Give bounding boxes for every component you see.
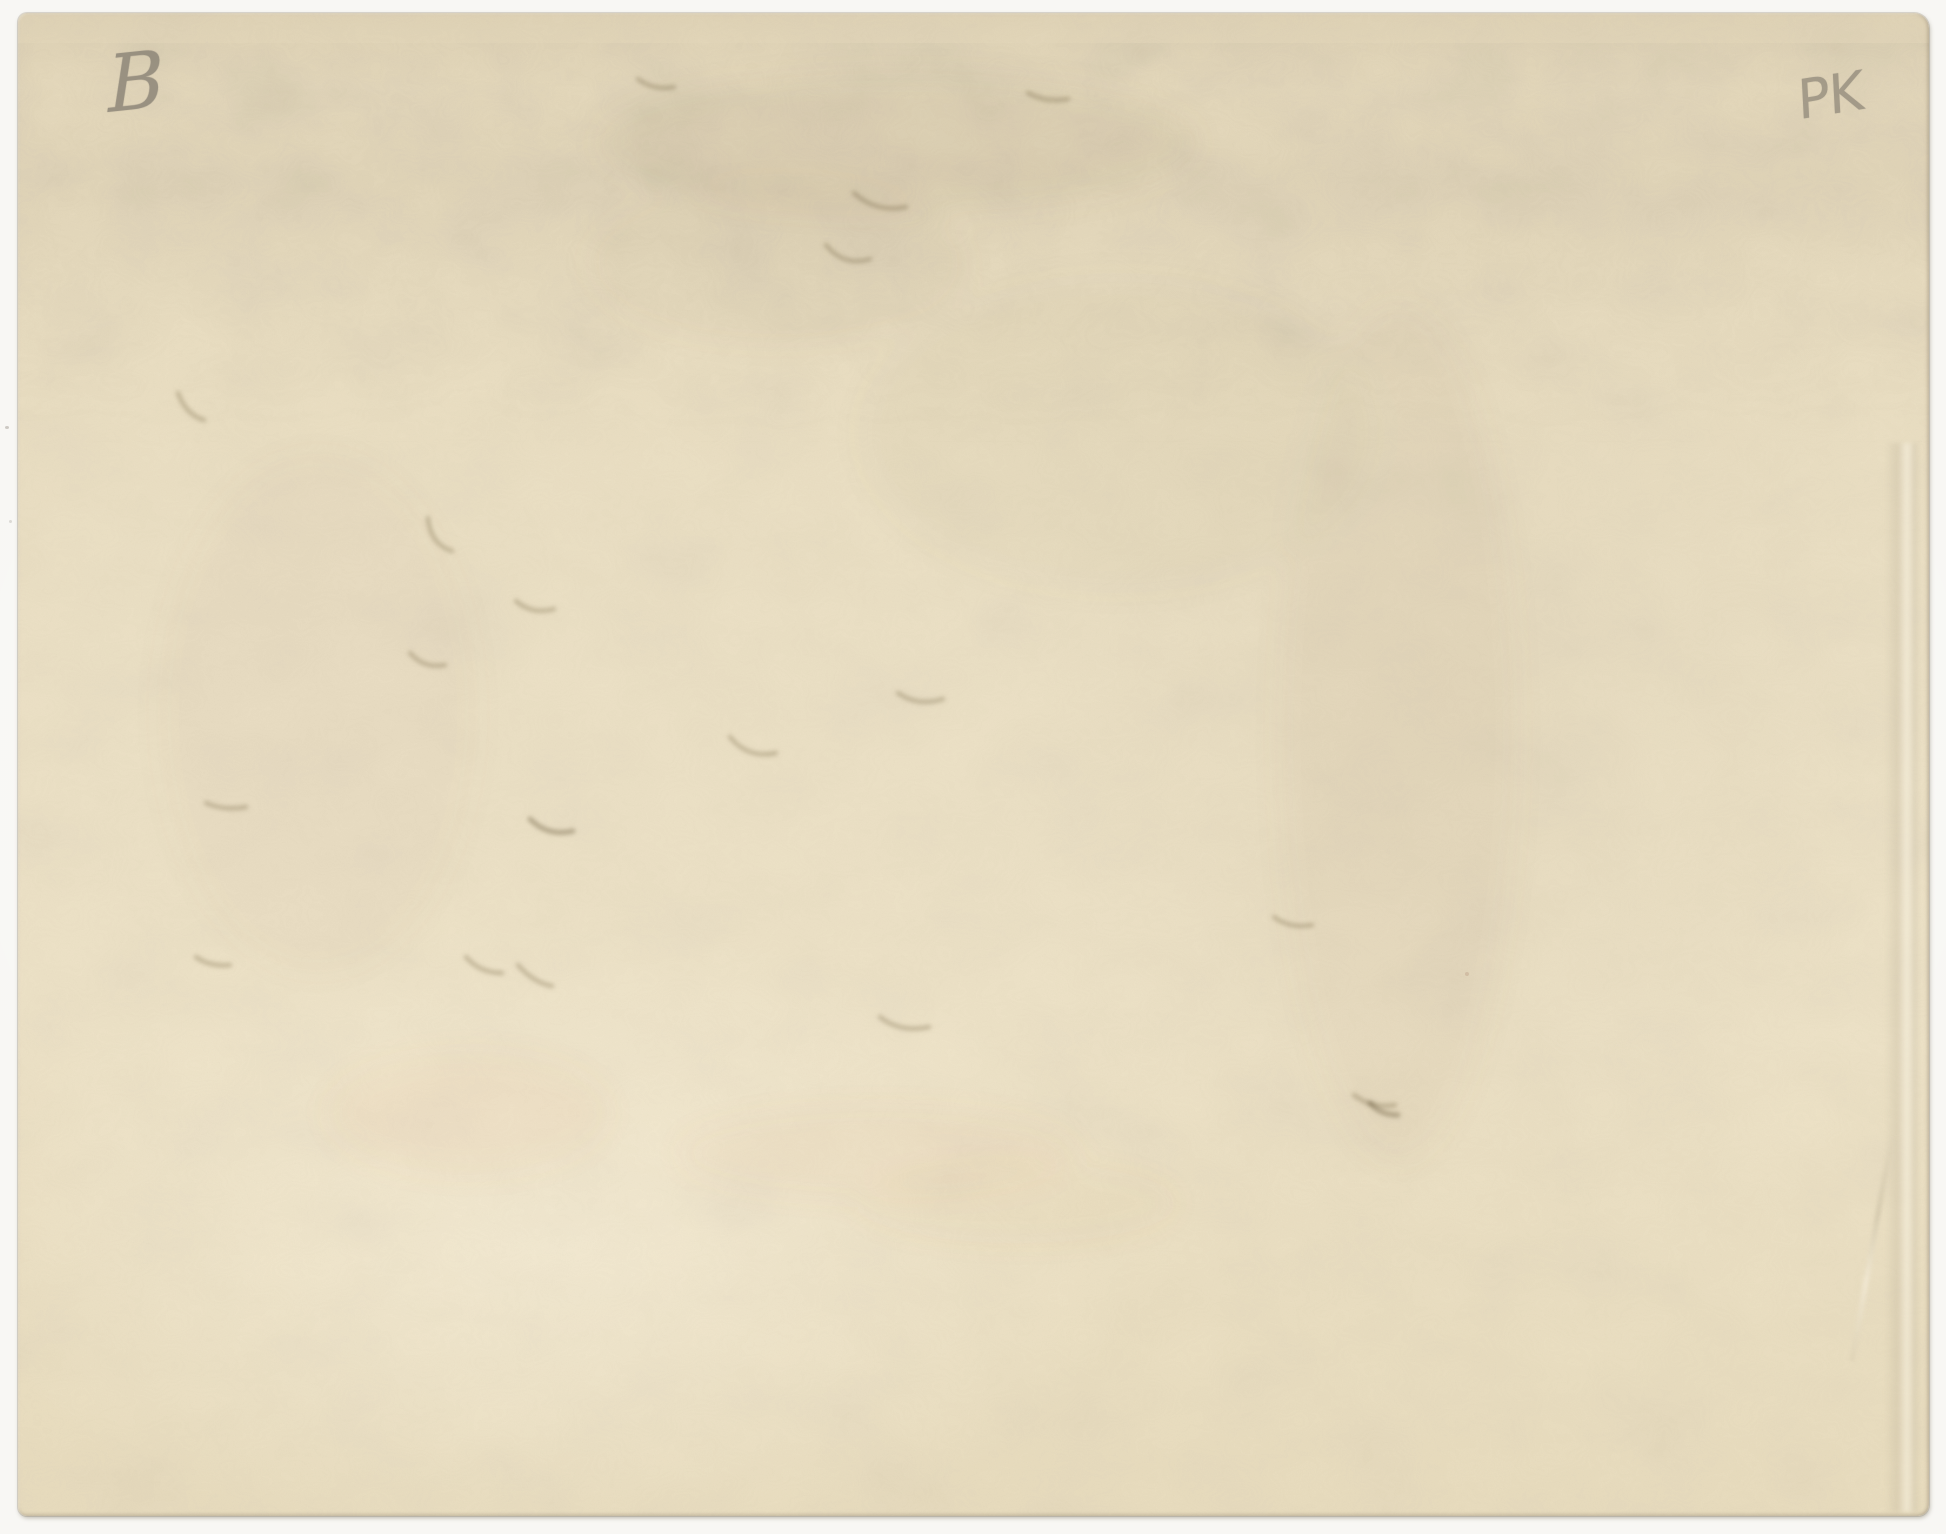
pencil-annotation-pk: PK (1796, 59, 1864, 133)
paper-texture-overlay (18, 13, 1929, 1516)
paper-sheet-verso: B PK (18, 13, 1929, 1516)
dust-speck (5, 426, 9, 429)
pencil-annotation-b: B (106, 35, 166, 131)
scanner-backdrop: B PK (0, 0, 1946, 1534)
paper-speck (1465, 972, 1469, 976)
dust-speck (9, 520, 12, 523)
